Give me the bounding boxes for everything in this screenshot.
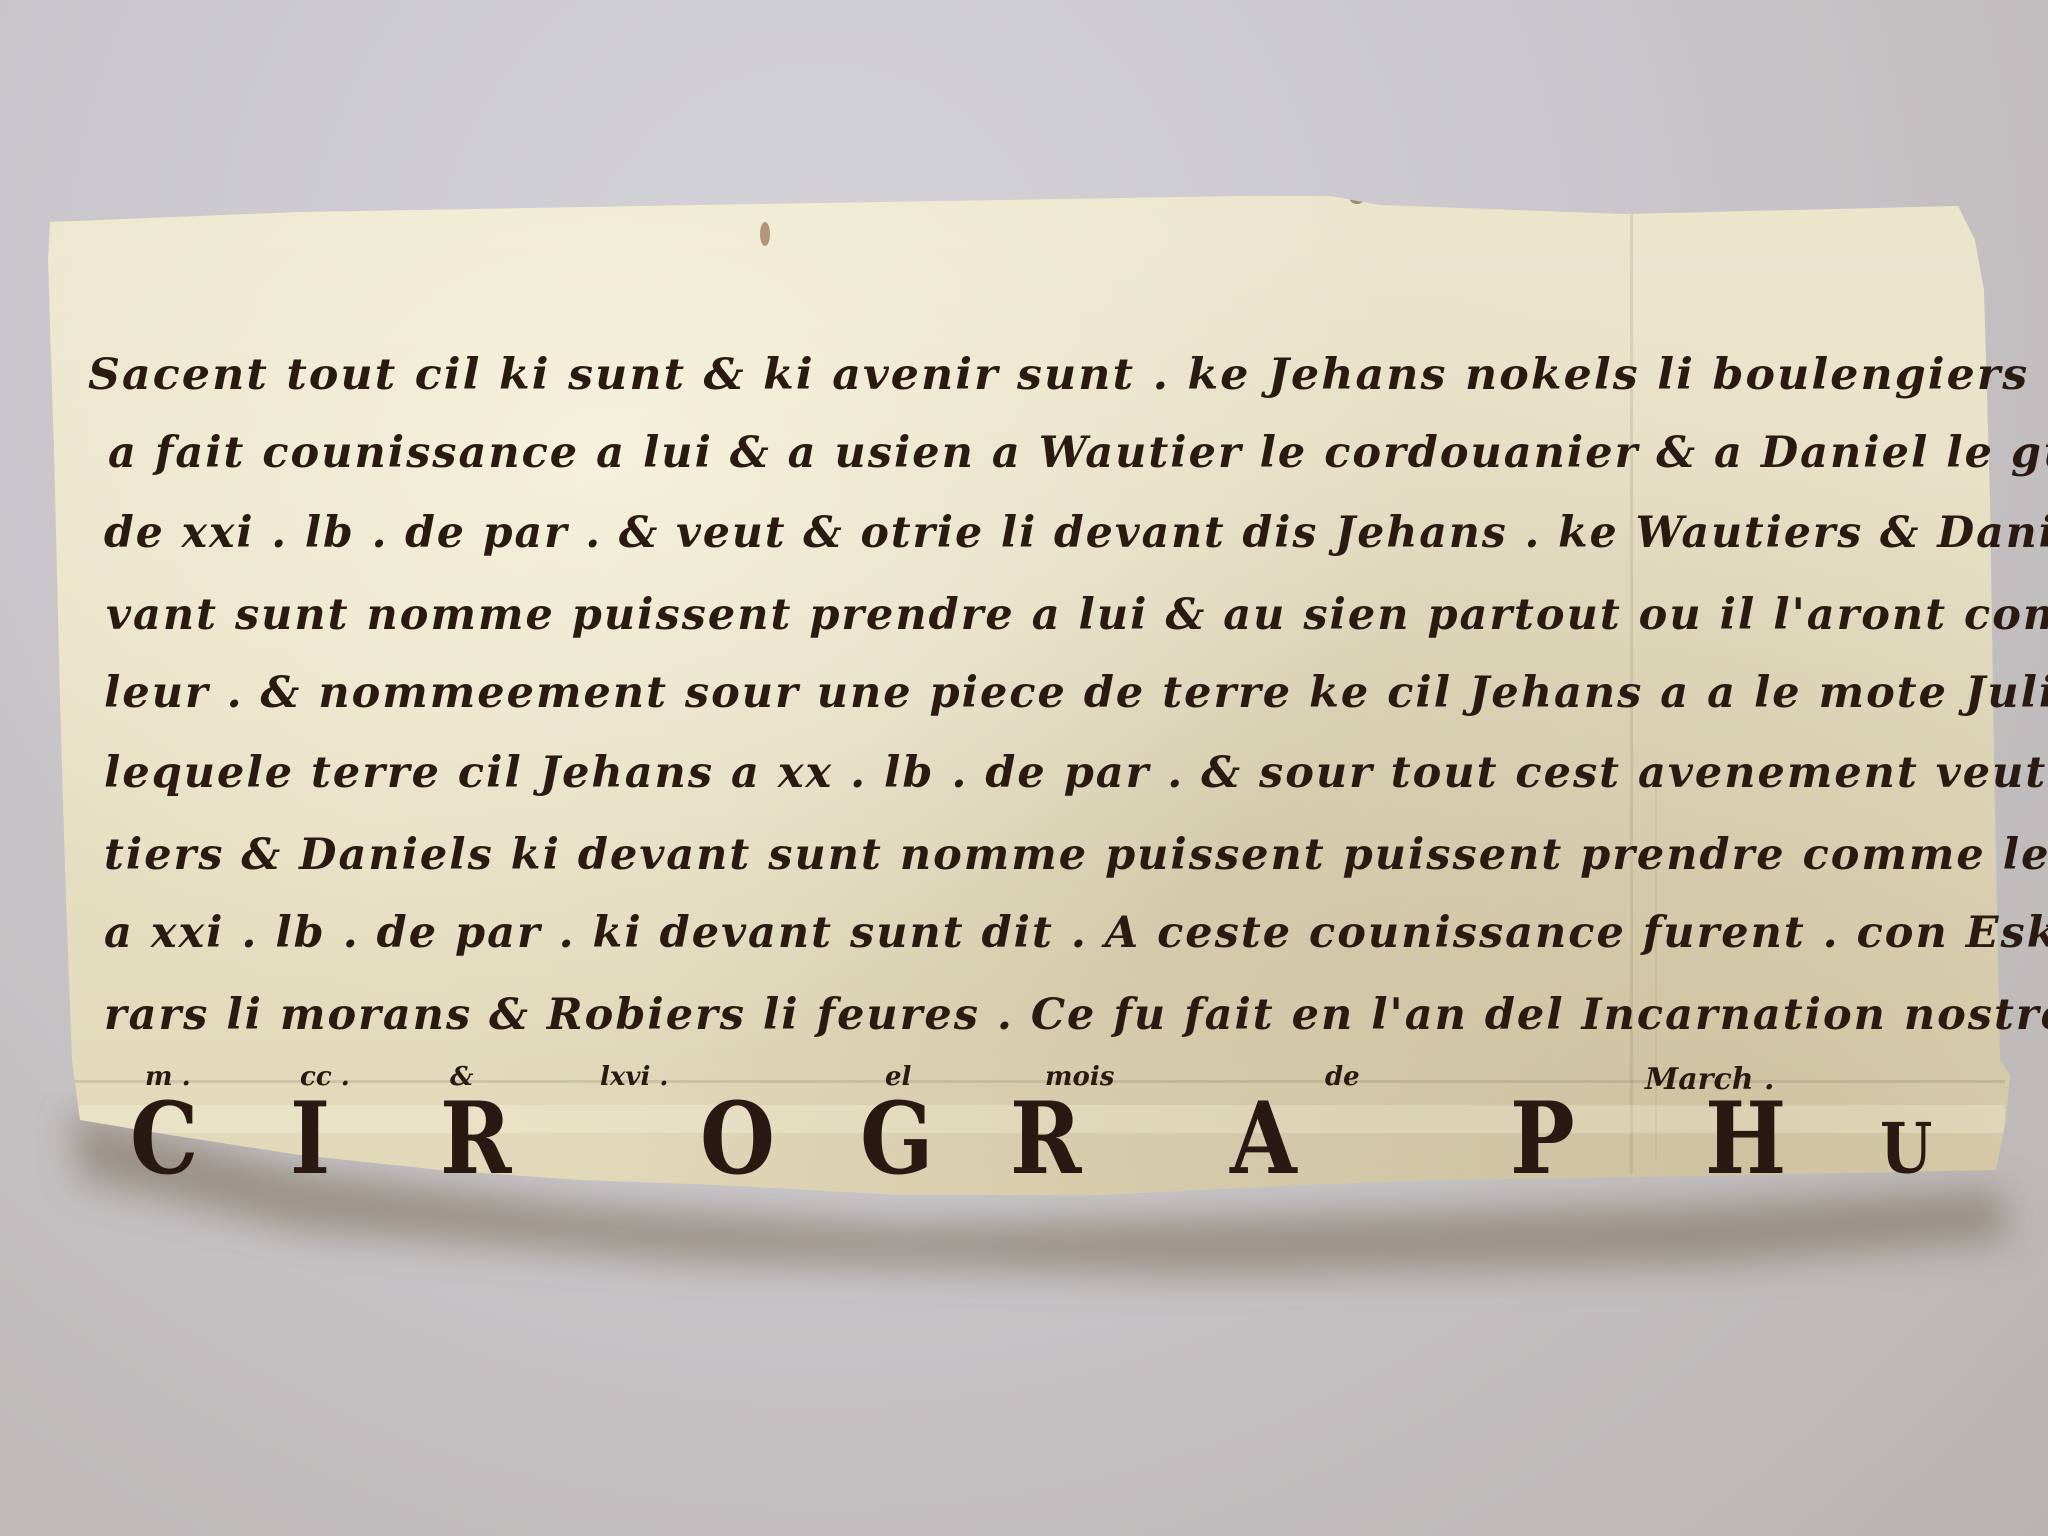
text-line-4: vant sunt nomme puissent prendre a lui &… <box>106 590 2048 640</box>
chirograph-letter: P <box>1510 1090 1575 1189</box>
chirograph-letter: C <box>130 1090 198 1189</box>
chirograph-letter: O <box>700 1090 775 1189</box>
text-line-3: de xxi . lb . de par . & veut & otrie li… <box>104 508 2048 558</box>
text-line-9: rars li morans & Robiers li feures . Ce … <box>104 990 2048 1040</box>
charter-text: Sacent tout cil ki sunt & ki avenir sunt… <box>0 0 2048 1536</box>
text-line-8: a xxi . lb . de par . ki devant sunt dit… <box>104 908 2048 958</box>
text-line-7: tiers & Daniels ki devant sunt nomme pui… <box>104 830 2048 880</box>
text-line-5: leur . & nommeement sour une piece de te… <box>104 668 2048 718</box>
date-word: de <box>1325 1062 1360 1092</box>
text-line-1: Sacent tout cil ki sunt & ki avenir sunt… <box>88 350 2048 400</box>
date-numeral: lxvi . <box>600 1062 668 1092</box>
chirograph-letter: R <box>440 1090 511 1189</box>
chirograph-letter: H <box>1705 1090 1786 1189</box>
chirograph-letter: G <box>860 1090 933 1189</box>
chirograph-letter: U <box>1880 1115 1932 1184</box>
text-line-2: a fait counissance a lui & a usien a Wau… <box>108 428 2048 478</box>
chirograph-letter: R <box>1010 1090 1081 1189</box>
text-line-6: lequele terre cil Jehans a xx . lb . de … <box>104 748 2048 798</box>
chirograph-letter: A <box>1230 1090 1297 1189</box>
chirograph-letter: I <box>290 1090 330 1189</box>
